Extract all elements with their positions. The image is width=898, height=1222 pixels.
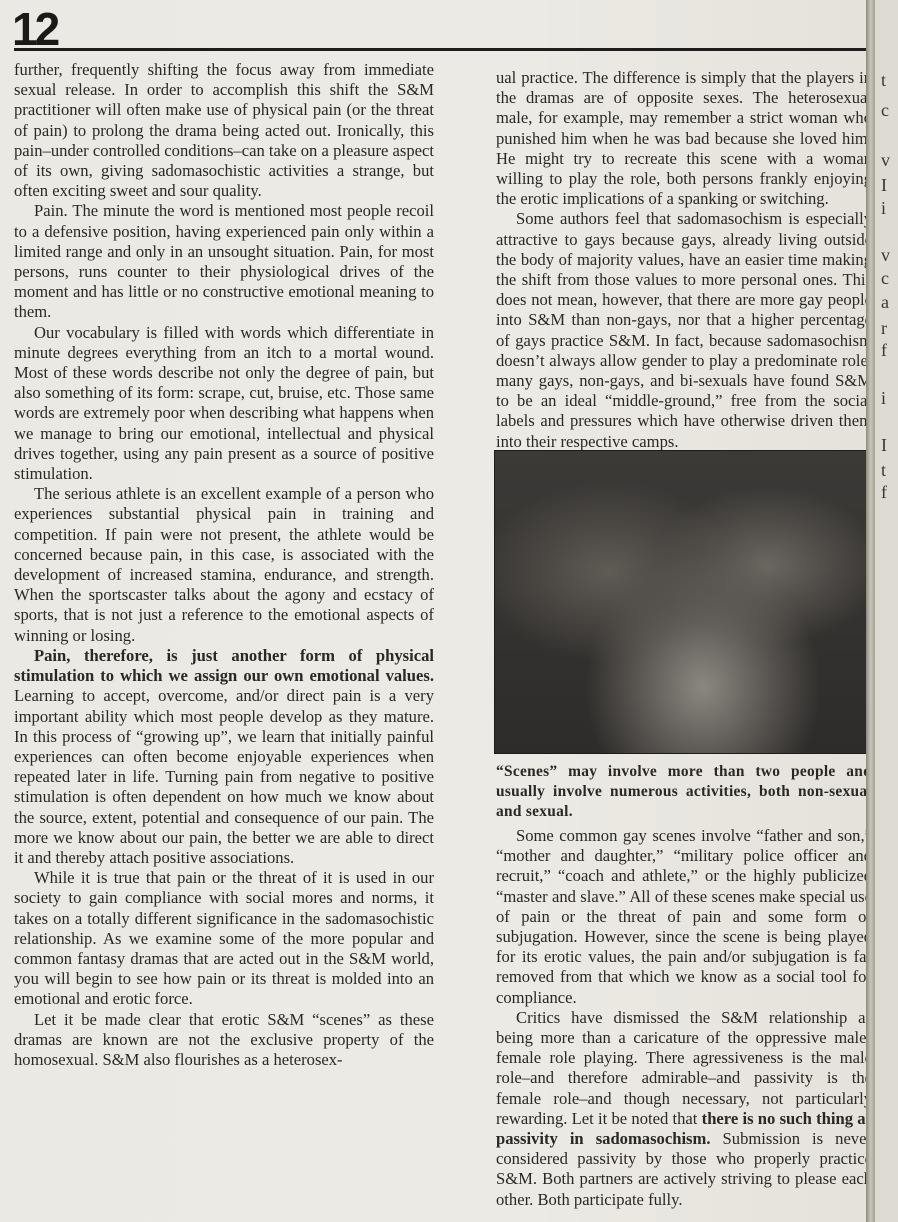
- page-number: 12: [12, 4, 57, 54]
- edge-glyph: v: [881, 245, 890, 266]
- bold-lead: Pain, therefore, is just another form of…: [14, 646, 434, 685]
- binding-gutter: [866, 0, 875, 1222]
- edge-glyph: f: [881, 340, 887, 361]
- left-column: further, frequently shifting the focus a…: [14, 60, 434, 1070]
- paragraph: Pain. The minute the word is mentioned m…: [14, 201, 434, 322]
- paragraph: Let it be made clear that erotic S&M “sc…: [14, 1010, 434, 1071]
- edge-glyph: a: [881, 292, 889, 313]
- paragraph: While it is true that pain or the threat…: [14, 868, 434, 1009]
- right-column-bottom: Some common gay scenes involve “father a…: [496, 826, 872, 1210]
- edge-glyph: c: [881, 268, 889, 289]
- edge-glyph: i: [881, 198, 886, 219]
- next-page-edge: t c v I i v c a r f i I t f: [875, 0, 898, 1222]
- right-column-top: ual practice. The difference is simply t…: [496, 68, 872, 452]
- edge-glyph: t: [881, 460, 886, 481]
- edge-glyph: r: [881, 318, 887, 339]
- edge-glyph: c: [881, 100, 889, 121]
- paragraph: Some common gay scenes involve “father a…: [496, 826, 872, 1008]
- paragraph: Some authors feel that sadomasochism is …: [496, 209, 872, 451]
- edge-glyph: t: [881, 70, 886, 91]
- header-rule: [14, 48, 866, 51]
- paragraph: Critics have dismissed the S&M relations…: [496, 1008, 872, 1210]
- paragraph: further, frequently shifting the focus a…: [14, 60, 434, 201]
- edge-glyph: I: [881, 175, 887, 196]
- paragraph: Pain, therefore, is just another form of…: [14, 646, 434, 868]
- magazine-page: 12 further, frequently shifting the focu…: [0, 0, 866, 1222]
- article-photo: [494, 450, 874, 754]
- photo-caption: “Scenes” may involve more than two peopl…: [496, 762, 872, 822]
- paragraph-text: Learning to accept, overcome, and/or dir…: [14, 686, 434, 867]
- paragraph: Our vocabulary is filled with words whic…: [14, 323, 434, 485]
- edge-glyph: v: [881, 150, 890, 171]
- paragraph: ual practice. The difference is simply t…: [496, 68, 872, 209]
- edge-glyph: f: [881, 482, 887, 503]
- paragraph: The serious athlete is an excellent exam…: [14, 484, 434, 646]
- edge-glyph: i: [881, 388, 886, 409]
- edge-glyph: I: [881, 435, 887, 456]
